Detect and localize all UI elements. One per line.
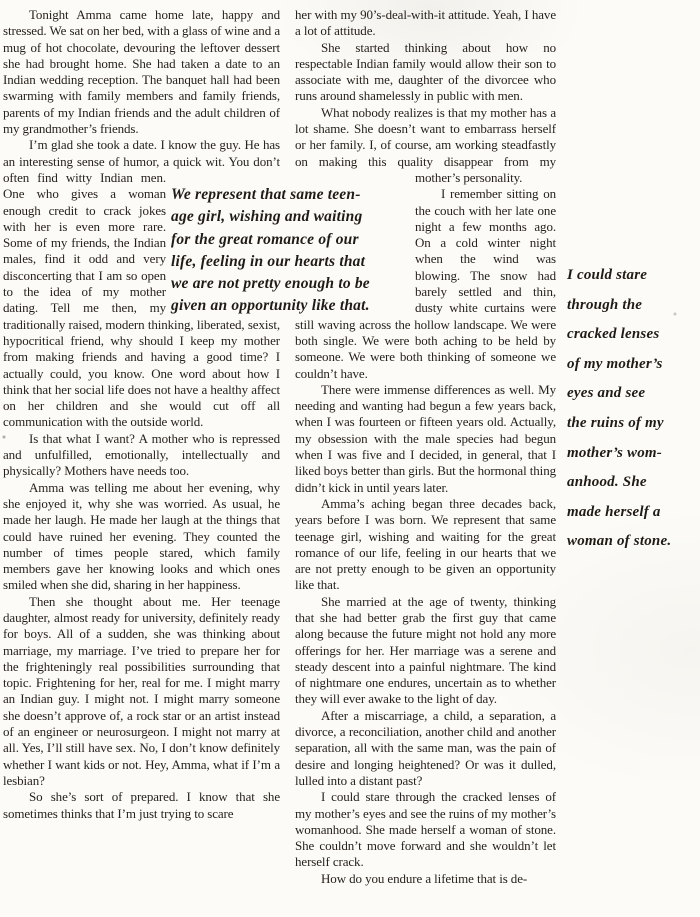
paragraph: her with my 90’s-deal-with-it attitude. … xyxy=(295,7,556,40)
left-column: Tonight Amma came home late, happy and s… xyxy=(3,7,280,913)
paragraph: Tonight Amma came home late, happy and s… xyxy=(3,7,280,137)
paragraph: Amma was telling me about her evening, w… xyxy=(3,480,280,594)
paragraph: So she’s sort of prepared. I know that s… xyxy=(3,789,280,822)
margin-pull-quote: I could stare through the cracked lenses… xyxy=(567,261,699,557)
right-column: her with my 90’s-deal-with-it attitude. … xyxy=(295,7,556,913)
paragraph: I could stare through the cracked lenses… xyxy=(295,789,556,870)
paragraph: There were immense differences as well. … xyxy=(295,382,556,496)
book-page: Tonight Amma came home late, happy and s… xyxy=(0,0,700,917)
paragraph: Then she thought about me. Her teenage d… xyxy=(3,594,280,790)
paragraph: She married at the age of twenty, thinki… xyxy=(295,594,556,708)
paragraph: How do you endure a lifetime that is de- xyxy=(295,871,556,887)
paragraph: Is that what I want? A mother who is rep… xyxy=(3,431,280,480)
paragraph: After a miscarriage, a child, a separati… xyxy=(295,708,556,789)
paragraph: Amma’s aching began three decades back, … xyxy=(295,496,556,594)
paragraph: She started thinking about how no respec… xyxy=(295,40,556,105)
center-pull-quote: We represent that same teen- age girl, w… xyxy=(171,184,421,318)
